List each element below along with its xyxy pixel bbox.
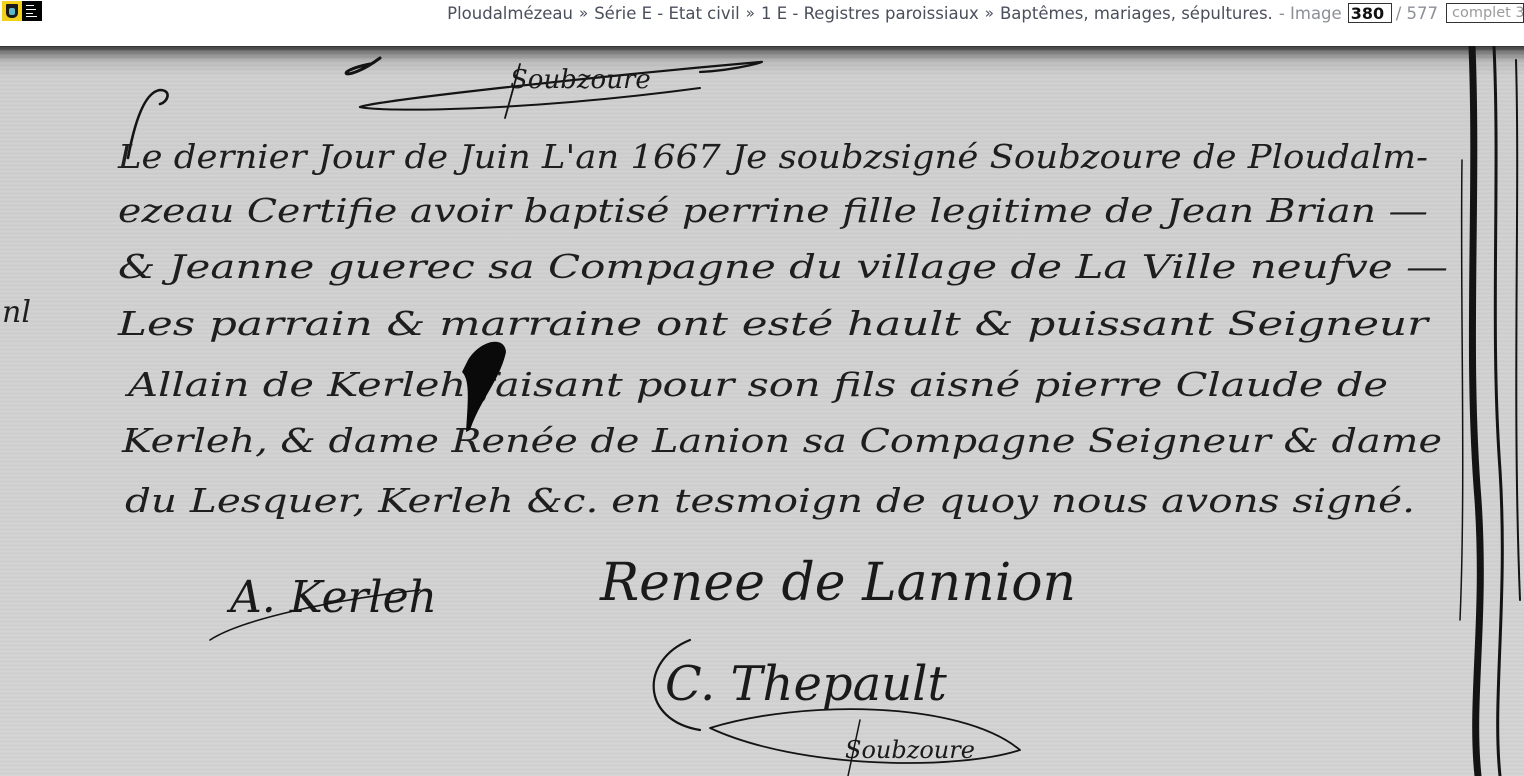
- breadcrumb-item-current: Baptêmes, mariages, sépultures.: [1000, 4, 1273, 23]
- breadcrumb-item-commune[interactable]: Ploudalmézeau: [447, 4, 573, 23]
- register-line-1: Le dernier Jour de Juin L'an 1667 Je sou…: [117, 137, 1428, 176]
- signature-renee-de-lannion: Renee de Lannion: [599, 553, 1076, 613]
- image-total: / 577: [1396, 4, 1438, 23]
- signature-thepault: C. Thepault: [665, 656, 947, 712]
- register-line-3: & Jeanne guerec sa Compagne du village d…: [118, 247, 1448, 286]
- margin-note: nl: [2, 295, 31, 330]
- breadcrumb-item-serie[interactable]: Série E - Etat civil: [594, 4, 740, 23]
- heading-signature: Soubzoure: [510, 65, 651, 95]
- archives-logo[interactable]: [2, 1, 42, 21]
- register-line-4: Les parrain & marraine ont esté hault & …: [117, 304, 1431, 343]
- document-scan-viewer[interactable]: Soubzoure nl Le dernier Jour de Juin L'a…: [0, 46, 1524, 776]
- footer-signature: Soubzoure: [845, 736, 975, 764]
- top-bar: Ploudalmézeau » Série E - Etat civil » 1…: [0, 0, 1524, 46]
- shield-logo-icon: [2, 1, 22, 21]
- breadcrumb-separator: »: [579, 4, 588, 22]
- register-line-2: ezeau Certifie avoir baptisé perrine fil…: [118, 191, 1428, 230]
- image-label: - Image: [1279, 4, 1342, 23]
- signature-kerleh: A. Kerleh: [226, 572, 437, 623]
- breadcrumb-separator: »: [985, 4, 994, 22]
- breadcrumb: Ploudalmézeau » Série E - Etat civil » 1…: [447, 2, 1524, 24]
- image-number-input[interactable]: [1348, 3, 1392, 23]
- register-line-7: du Lesquer, Kerleh &c. en tesmoign de qu…: [125, 481, 1415, 520]
- complet-button[interactable]: complet 3: [1446, 3, 1524, 23]
- register-line-6: Kerleh, & dame Renée de Lanion sa Compag…: [121, 421, 1442, 460]
- breadcrumb-separator: »: [746, 4, 755, 22]
- register-line-5: Allain de Kerleh faisant pour son fils a…: [124, 365, 1388, 404]
- logo-wordmark-icon: [22, 1, 42, 21]
- breadcrumb-item-registres[interactable]: 1 E - Registres paroissiaux: [761, 4, 979, 23]
- manuscript-scan: Soubzoure nl Le dernier Jour de Juin L'a…: [0, 46, 1524, 776]
